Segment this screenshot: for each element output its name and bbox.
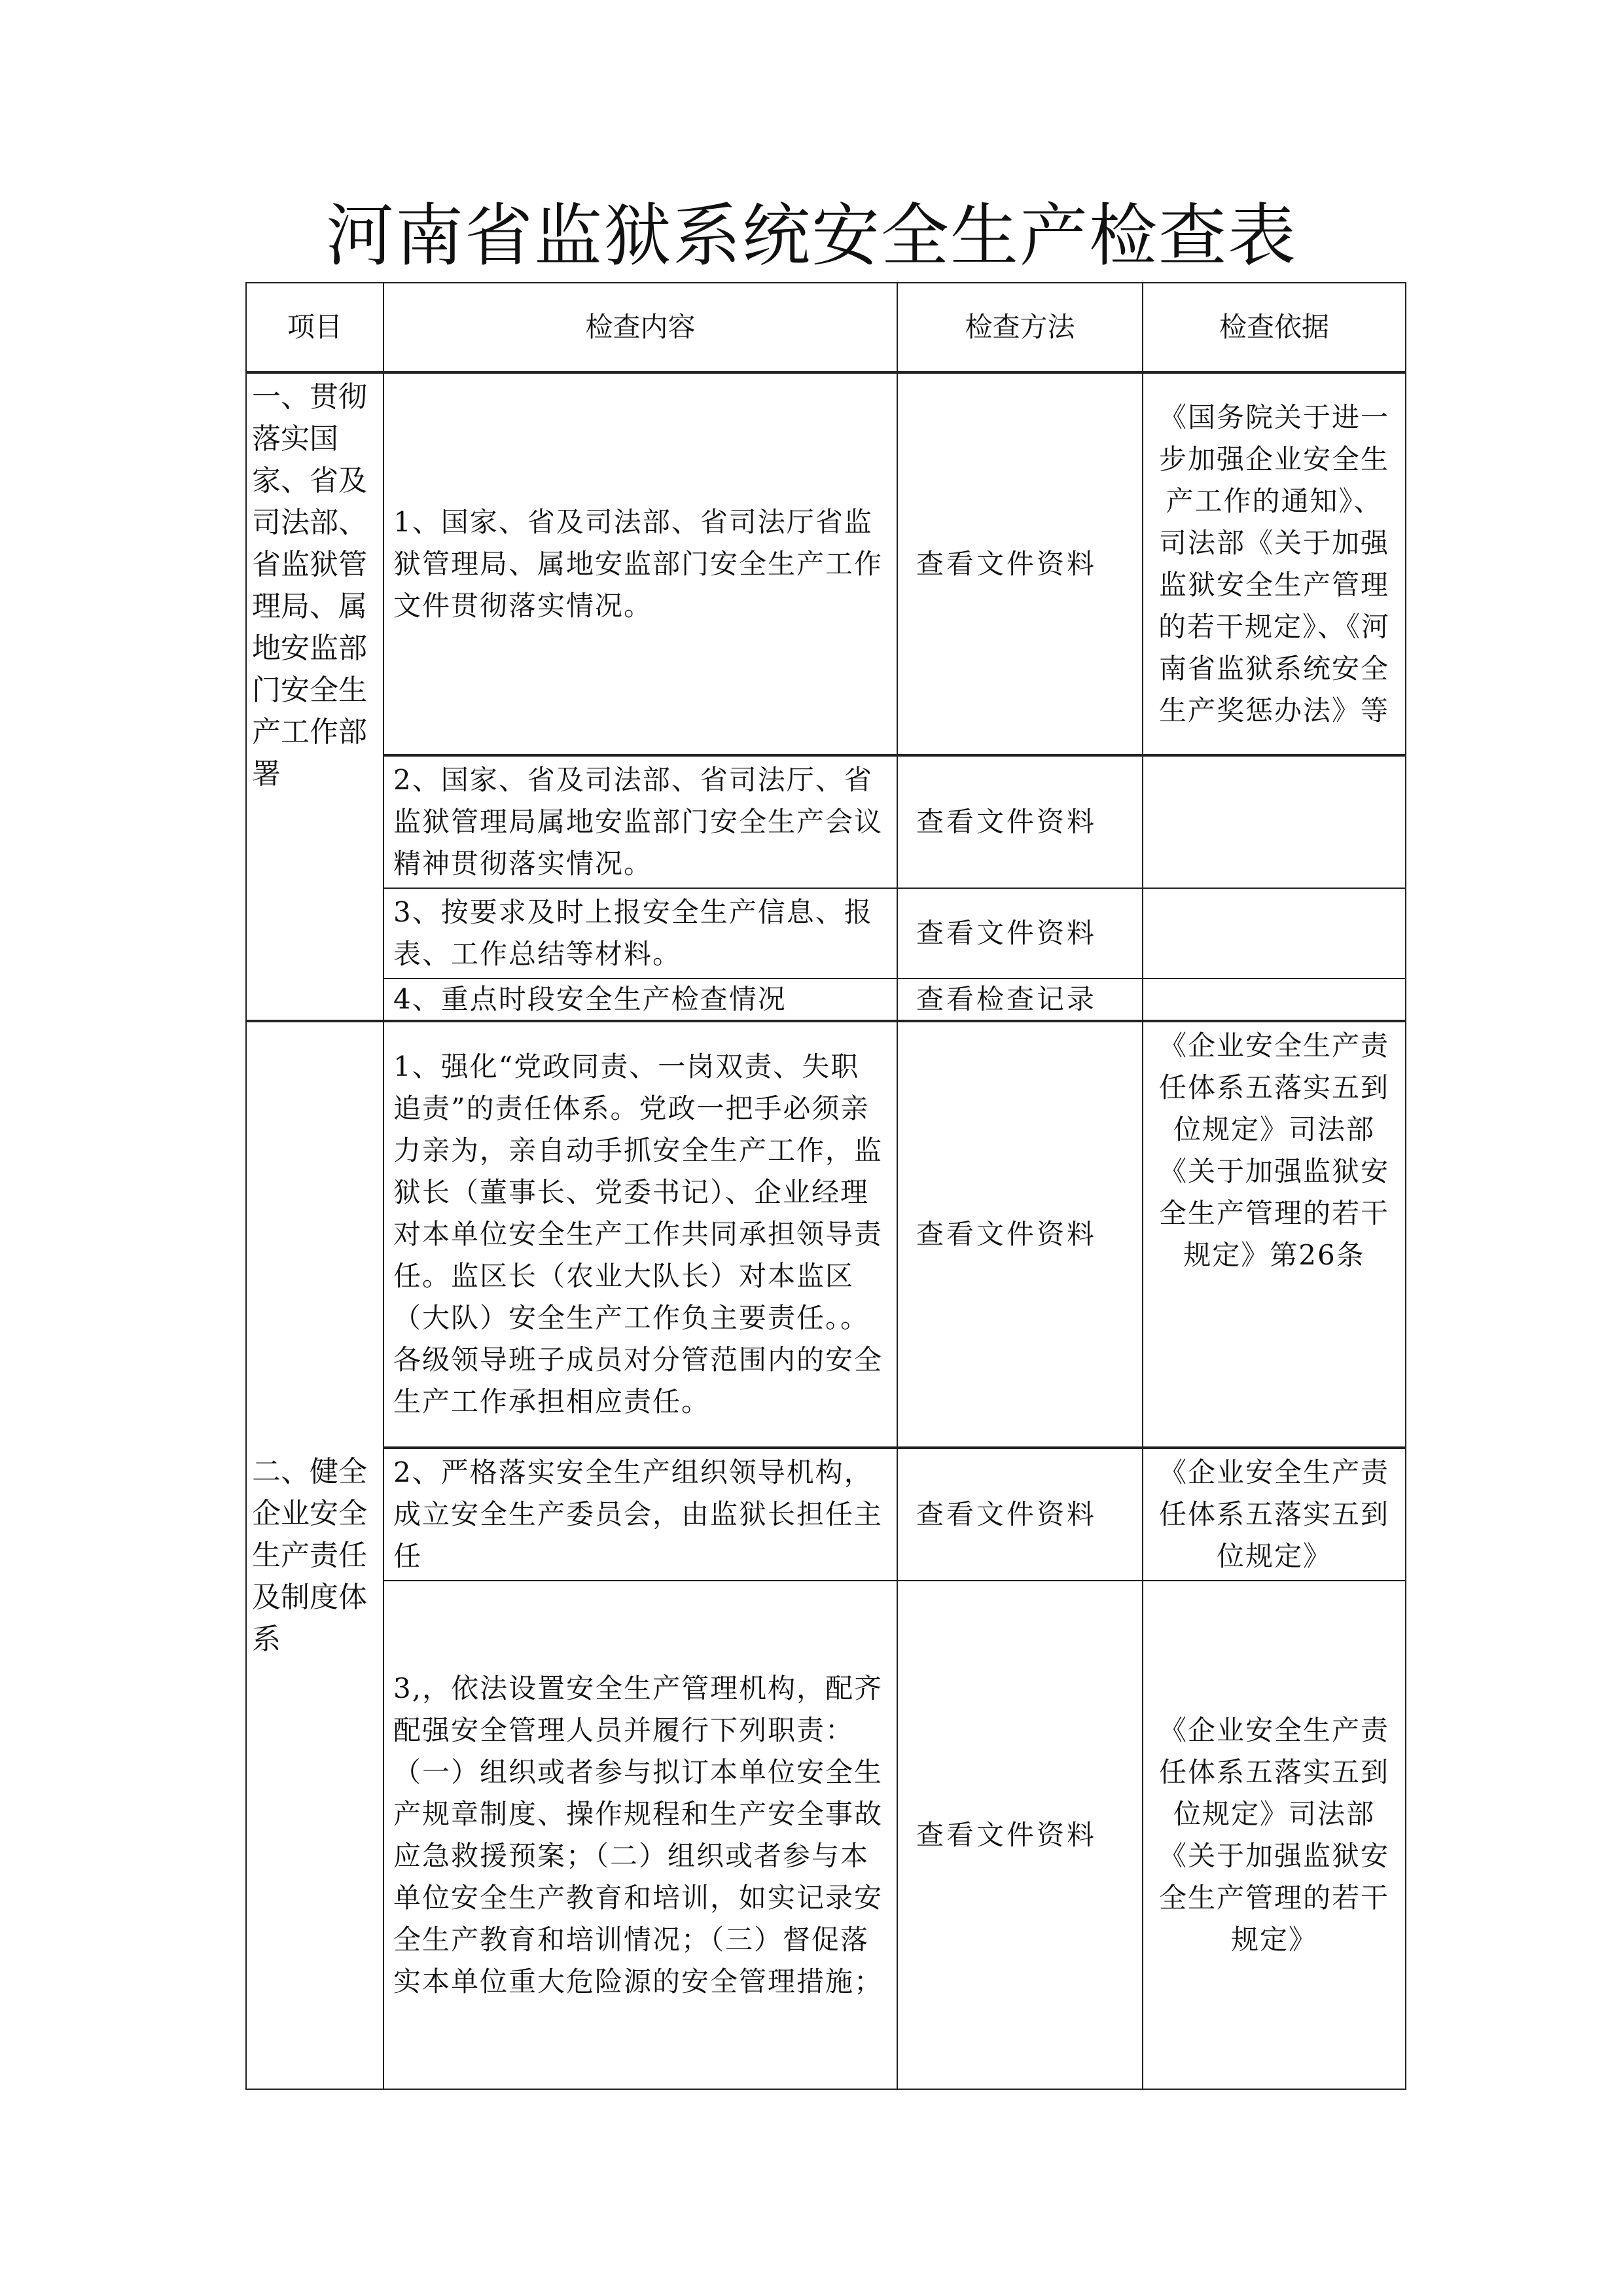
inspection-table: 项目 检查内容 检查方法 检查依据 一、贯彻落实国家、省及司法部、省监狱管理局、…	[245, 282, 1406, 2090]
document-title: 河南省监狱系统安全生产检查表	[0, 196, 1623, 275]
row-content: 1、强化“党政同责、一岗双责、失职追责”的责任体系。党政一把手必须亲力亲为，亲自…	[383, 1021, 897, 1448]
row-content: 3,，依法设置安全生产管理机构，配齐配强安全管理人员并履行下列职责：（一）组织或…	[383, 1581, 897, 2089]
row-basis: 《企业安全生产责任体系五落实五到位规定》司法部《关于加强监狱安全生产管理的若干规…	[1143, 1581, 1406, 2089]
table-row: 2、国家、省及司法部、省司法厅、省监狱管理局属地安监部门安全生产会议精神贯彻落实…	[246, 755, 1406, 888]
section-item-2: 二、健全企业安全生产责任及制度体系	[246, 1021, 383, 2089]
header-basis: 检查依据	[1143, 283, 1406, 372]
header-item: 项目	[246, 283, 383, 372]
table-row: 3,，依法设置安全生产管理机构，配齐配强安全管理人员并履行下列职责：（一）组织或…	[246, 1581, 1406, 2089]
row-basis	[1143, 755, 1406, 888]
table-row: 一、贯彻落实国家、省及司法部、省监狱管理局、属地安监部门安全生产工作部署 1、国…	[246, 372, 1406, 755]
row-method: 查看文件资料	[897, 1448, 1143, 1581]
row-basis	[1143, 888, 1406, 978]
row-content: 4、重点时段安全生产检查情况	[383, 978, 897, 1021]
row-basis	[1143, 978, 1406, 1021]
header-content: 检查内容	[383, 283, 897, 372]
row-basis: 《企业安全生产责任体系五落实五到位规定》	[1143, 1448, 1406, 1581]
table-row: 4、重点时段安全生产检查情况 查看检查记录	[246, 978, 1406, 1021]
row-content: 2、国家、省及司法部、省司法厅、省监狱管理局属地安监部门安全生产会议精神贯彻落实…	[383, 755, 897, 888]
row-method: 查看文件资料	[897, 888, 1143, 978]
row-content: 3、按要求及时上报安全生产信息、报表、工作总结等材料。	[383, 888, 897, 978]
row-content: 1、国家、省及司法部、省司法厅省监狱管理局、属地安监部门安全生产工作文件贯彻落实…	[383, 372, 897, 755]
row-content: 2、严格落实安全生产组织领导机构，成立安全生产委员会，由监狱长担任主任	[383, 1448, 897, 1581]
header-method: 检查方法	[897, 283, 1143, 372]
header-row: 项目 检查内容 检查方法 检查依据	[246, 283, 1406, 372]
row-method: 查看文件资料	[897, 1021, 1143, 1448]
section-item-1: 一、贯彻落实国家、省及司法部、省监狱管理局、属地安监部门安全生产工作部署	[246, 372, 383, 1021]
row-method: 查看检查记录	[897, 978, 1143, 1021]
table-row: 2、严格落实安全生产组织领导机构，成立安全生产委员会，由监狱长担任主任 查看文件…	[246, 1448, 1406, 1581]
row-method: 查看文件资料	[897, 755, 1143, 888]
row-method: 查看文件资料	[897, 372, 1143, 755]
row-basis: 《国务院关于进一步加强企业安全生产工作的通知》、司法部《关于加强监狱安全生产管理…	[1143, 372, 1406, 755]
table-row: 3、按要求及时上报安全生产信息、报表、工作总结等材料。 查看文件资料	[246, 888, 1406, 978]
row-basis: 《企业安全生产责任体系五落实五到位规定》司法部《关于加强监狱安全生产管理的若干规…	[1143, 1021, 1406, 1448]
table-row: 二、健全企业安全生产责任及制度体系 1、强化“党政同责、一岗双责、失职追责”的责…	[246, 1021, 1406, 1448]
row-method: 查看文件资料	[897, 1581, 1143, 2089]
